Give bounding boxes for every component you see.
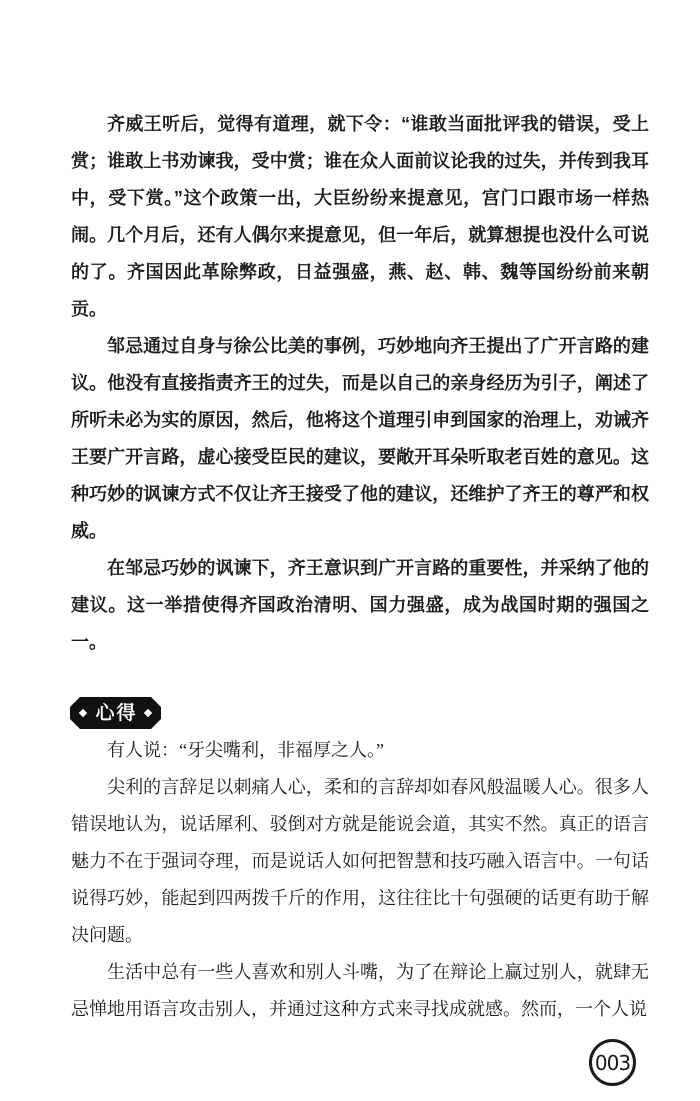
section-badge-label: 心得 xyxy=(95,704,137,723)
page-number-badge: 003 xyxy=(589,1039,636,1086)
xinde-paragraph: 有人说：“牙尖嘴利，非福厚之人。” xyxy=(71,732,649,769)
xinde-paragraph: 生活中总有一些人喜欢和别人斗嘴，为了在辩论上赢过别人，就肆无忌惮地用语言攻击别人… xyxy=(71,954,649,1028)
page-number: 003 xyxy=(595,1051,630,1075)
section-badge-xinde: 心得 xyxy=(70,697,161,729)
xinde-paragraph: 尖利的言辞足以刺痛人心，柔和的言辞却如春风般温暖人心。很多人错误地认为，说话犀利… xyxy=(71,769,649,954)
body-paragraph: 齐威王听后，觉得有道理，就下令：“谁敢当面批评我的错误，受上赏；谁敢上书劝谏我，… xyxy=(71,106,649,328)
body-paragraph: 邹忌通过自身与徐公比美的事例，巧妙地向齐王提出了广开言路的建议。他没有直接指责齐… xyxy=(71,328,649,550)
page-content: 齐威王听后，觉得有道理，就下令：“谁敢当面批评我的错误，受上赏；谁敢上书劝谏我，… xyxy=(71,106,649,1028)
body-paragraph: 在邹忌巧妙的讽谏下，齐王意识到广开言路的重要性，并采纳了他的建议。这一举措使得齐… xyxy=(71,550,649,661)
diamond-dot-icon xyxy=(143,709,151,717)
diamond-dot-icon xyxy=(79,709,87,717)
